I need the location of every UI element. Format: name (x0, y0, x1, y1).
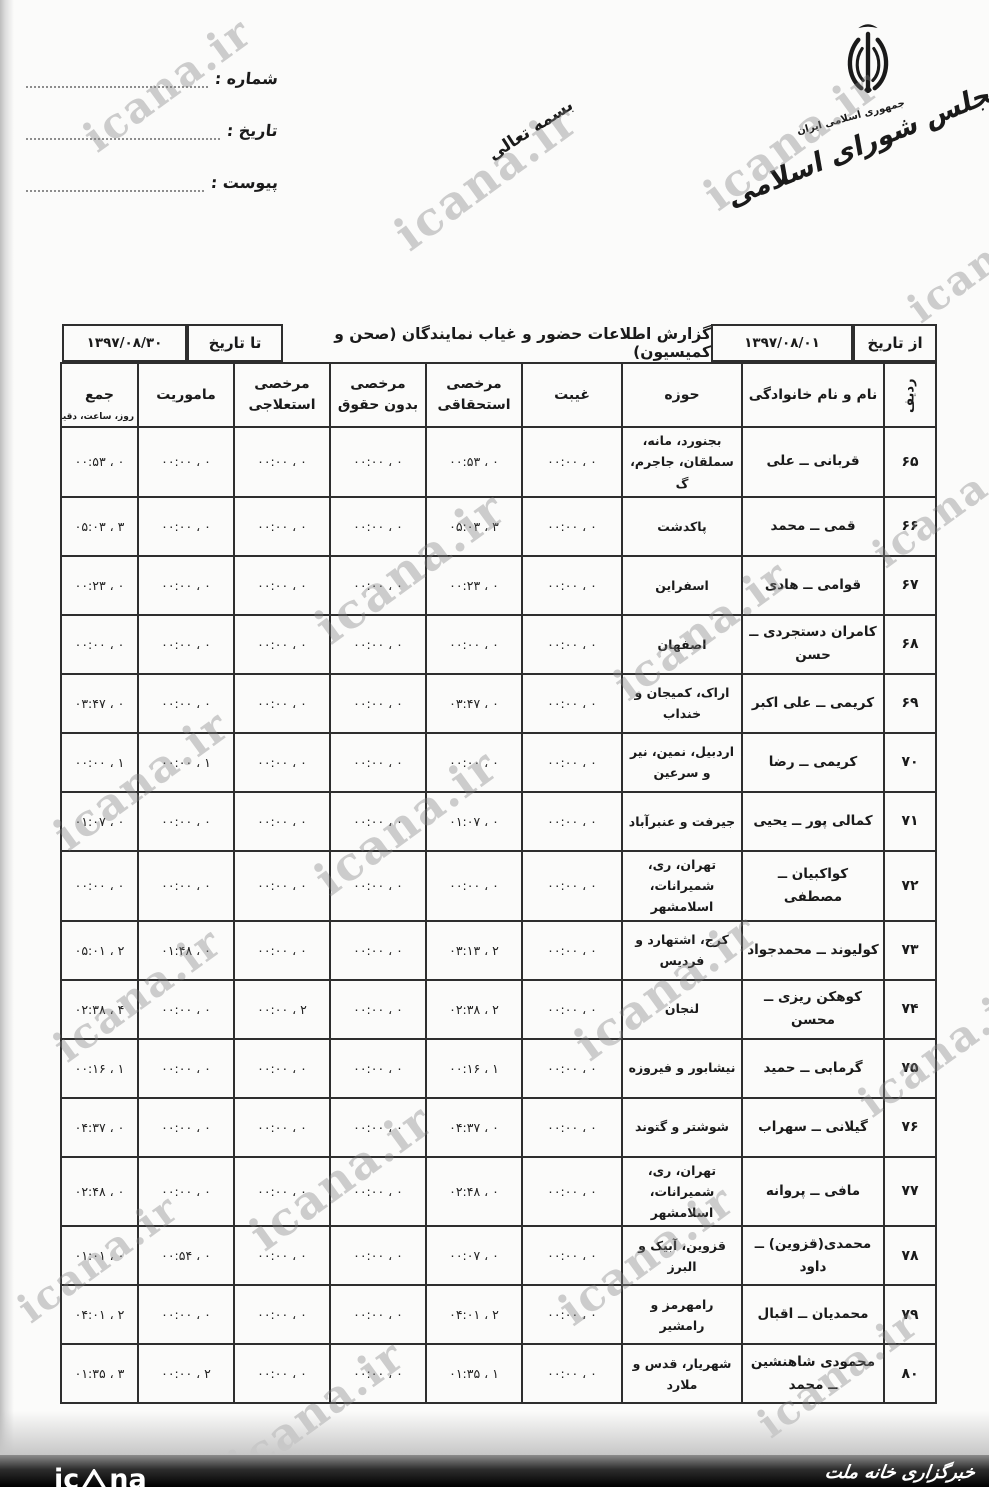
district-cell: بجنورد، مانه، سملقان، جاجرم، گ (622, 427, 742, 497)
unpaid-leave-value-cell: ۰ ، ۰۰:۰۰ (330, 556, 426, 615)
icana-logo: ic na (54, 1466, 147, 1487)
sick-leave-value-cell: ۰ ، ۰۰:۰۰ (234, 1157, 330, 1227)
mission-value-cell: ۲ ، ۰۰:۰۰ (138, 1344, 234, 1403)
row-number-cell: ۶۵ (884, 427, 936, 497)
letterhead-fields: شماره : تاریخ : پیوست : (26, 62, 278, 218)
member-name-cell: مافی ــ پروانه (742, 1157, 884, 1227)
district-cell: قزوین، آبیک و البرز (622, 1226, 742, 1285)
sick-leave-value-cell: ۰ ، ۰۰:۰۰ (234, 851, 330, 921)
table-row: ۷۲کواکبیان ــ مصطفیتهران، ری، شمیرانات، … (61, 851, 936, 921)
unpaid-leave-value-cell: ۰ ، ۰۰:۰۰ (330, 921, 426, 980)
row-number-cell: ۷۳ (884, 921, 936, 980)
footer-fade (0, 1411, 989, 1455)
row-number-cell: ۷۹ (884, 1285, 936, 1344)
unpaid-leave-value-cell: ۰ ، ۰۰:۰۰ (330, 674, 426, 733)
mission-value-cell: ۰ ، ۰۰:۰۰ (138, 1285, 234, 1344)
absence-value-cell: ۰ ، ۰۰:۰۰ (522, 921, 622, 980)
sick-leave-value-cell: ۰ ، ۰۰:۰۰ (234, 921, 330, 980)
member-name-cell: محمدی(قزوین) ــ داود (742, 1226, 884, 1285)
sick-leave-value-cell: ۰ ، ۰۰:۰۰ (234, 427, 330, 497)
unpaid-leave-value-cell: ۰ ، ۰۰:۰۰ (330, 1157, 426, 1227)
letterhead-emblem-area: جمهوری اسلامی ایران مجلس شورای اسلامی (720, 22, 955, 227)
number-field: شماره : (26, 62, 278, 88)
entitled-leave-value-cell: ۰ ، ۰۰:۰۰ (426, 851, 522, 921)
entitled-leave-value-cell: ۳ ، ۰۵:۰۳ (426, 497, 522, 556)
date-field-label: تاریخ : (226, 121, 279, 140)
mission-value-cell: ۰ ، ۰۱:۴۸ (138, 921, 234, 980)
sick-leave-value-cell: ۰ ، ۰۰:۰۰ (234, 556, 330, 615)
table-row: ۷۸محمدی(قزوین) ــ داودقزوین، آبیک و البر… (61, 1226, 936, 1285)
mission-value-cell: ۱ ، ۰۰:۰۰ (138, 733, 234, 792)
member-name-cell: کریمی ــ رضا (742, 733, 884, 792)
sick-leave-value-cell: ۰ ، ۰۰:۰۰ (234, 615, 330, 674)
from-date-label: از تاریخ (853, 324, 937, 362)
table-row: ۶۷قوامی ــ هادیاسفراین۰ ، ۰۰:۰۰۰ ، ۰۰:۲۳… (61, 556, 936, 615)
attachment-field-line (26, 175, 204, 192)
absence-value-cell: ۰ ، ۰۰:۰۰ (522, 1157, 622, 1227)
unpaid-leave-value-cell: ۰ ، ۰۰:۰۰ (330, 615, 426, 674)
header-total: جمع روز، ساعت، دقیقه (61, 363, 138, 427)
unpaid-leave-value-cell: ۰ ، ۰۰:۰۰ (330, 1226, 426, 1285)
row-number-cell: ۶۸ (884, 615, 936, 674)
header-mission: ماموریت (138, 363, 234, 427)
total-value-cell: ۳ ، ۰۱:۳۵ (61, 1344, 138, 1403)
total-value-cell: ۴ ، ۰۲:۳۸ (61, 980, 138, 1039)
sick-leave-value-cell: ۰ ، ۰۰:۰۰ (234, 1039, 330, 1098)
mission-value-cell: ۰ ، ۰۰:۰۰ (138, 556, 234, 615)
row-number-cell: ۷۶ (884, 1098, 936, 1157)
member-name-cell: کامران دستجردی ــ حسن (742, 615, 884, 674)
mission-value-cell: ۰ ، ۰۰:۰۰ (138, 1157, 234, 1227)
entitled-leave-value-cell: ۲ ، ۰۴:۰۱ (426, 1285, 522, 1344)
attachment-field: پیوست : (26, 166, 278, 192)
absence-value-cell: ۰ ، ۰۰:۰۰ (522, 1039, 622, 1098)
absence-value-cell: ۰ ، ۰۰:۰۰ (522, 427, 622, 497)
unpaid-leave-value-cell: ۰ ، ۰۰:۰۰ (330, 1098, 426, 1157)
attendance-table: ردیف نام و نام خانوادگی حوزه غیبت مرخصی … (60, 362, 937, 1404)
row-number-cell: ۷۸ (884, 1226, 936, 1285)
unpaid-leave-value-cell: ۰ ، ۰۰:۰۰ (330, 1039, 426, 1098)
district-cell: کرج، اشتهارد و فردیس (622, 921, 742, 980)
unpaid-leave-value-cell: ۰ ، ۰۰:۰۰ (330, 1285, 426, 1344)
entitled-leave-value-cell: ۰ ، ۰۲:۴۸ (426, 1157, 522, 1227)
header-district: حوزه (622, 363, 742, 427)
table-row: ۶۹کریمی ــ علی اکبراراک، کمیجان و خنداب۰… (61, 674, 936, 733)
icana-logo-prefix: ic (54, 1466, 79, 1487)
absence-value-cell: ۰ ، ۰۰:۰۰ (522, 980, 622, 1039)
unpaid-leave-value-cell: ۰ ، ۰۰:۰۰ (330, 427, 426, 497)
district-cell: جیرفت و عنبرآباد (622, 792, 742, 851)
agency-name: خبرگزاری خانه ملت (824, 1462, 977, 1483)
mission-value-cell: ۰ ، ۰۰:۰۰ (138, 1039, 234, 1098)
table-row: ۷۳کولیوند ــ محمدجوادکرج، اشتهارد و فردی… (61, 921, 936, 980)
unpaid-leave-value-cell: ۰ ، ۰۰:۰۰ (330, 1344, 426, 1403)
table-row: ۶۶قمی ــ محمدپاکدشت۰ ، ۰۰:۰۰۳ ، ۰۵:۰۳۰ ،… (61, 497, 936, 556)
row-number-cell: ۷۱ (884, 792, 936, 851)
mission-value-cell: ۰ ، ۰۰:۰۰ (138, 615, 234, 674)
district-cell: لنجان (622, 980, 742, 1039)
row-number-cell: ۶۹ (884, 674, 936, 733)
row-number-cell: ۶۷ (884, 556, 936, 615)
total-value-cell: ۰ ، ۰۱:۰۱ (61, 1226, 138, 1285)
entitled-leave-value-cell: ۱ ، ۰۱:۳۵ (426, 1344, 522, 1403)
total-value-cell: ۰ ، ۰۴:۳۷ (61, 1098, 138, 1157)
icana-logo-triangle-icon (81, 1469, 107, 1487)
sick-leave-value-cell: ۰ ، ۰۰:۰۰ (234, 1344, 330, 1403)
entitled-leave-value-cell: ۰ ، ۰۳:۴۷ (426, 674, 522, 733)
member-name-cell: کمالی پور ــ یحیی (742, 792, 884, 851)
entitled-leave-value-cell: ۱ ، ۰۰:۱۶ (426, 1039, 522, 1098)
number-field-line (26, 71, 208, 88)
total-value-cell: ۰ ، ۰۳:۴۷ (61, 674, 138, 733)
district-cell: تهران، ری، شمیرانات، اسلامشهر (622, 1157, 742, 1227)
total-value-cell: ۰ ، ۰۰:۲۳ (61, 556, 138, 615)
district-cell: نیشابور و فیروزه (622, 1039, 742, 1098)
member-name-cell: قمی ــ محمد (742, 497, 884, 556)
table-row: ۷۵گرمابی ــ حمیدنیشابور و فیروزه۰ ، ۰۰:۰… (61, 1039, 936, 1098)
header-absence: غیبت (522, 363, 622, 427)
table-row: ۶۸کامران دستجردی ــ حسناصفهان۰ ، ۰۰:۰۰۰ … (61, 615, 936, 674)
iran-emblem-icon (837, 22, 899, 106)
entitled-leave-value-cell: ۰ ، ۰۰:۰۰ (426, 615, 522, 674)
row-number-cell: ۷۲ (884, 851, 936, 921)
mission-value-cell: ۰ ، ۰۰:۰۰ (138, 1098, 234, 1157)
total-value-cell: ۰ ، ۰۲:۴۸ (61, 1157, 138, 1227)
table-row: ۷۹محمدیان ــ اقبالرامهرمز و رامشیر۰ ، ۰۰… (61, 1285, 936, 1344)
table-row: ۷۷مافی ــ پروانهتهران، ری، شمیرانات، اسل… (61, 1157, 936, 1227)
row-number-cell: ۷۴ (884, 980, 936, 1039)
absence-value-cell: ۰ ، ۰۰:۰۰ (522, 615, 622, 674)
header-unpaid-leave: مرخصی بدون حقوق (330, 363, 426, 427)
total-value-cell: ۲ ، ۰۴:۰۱ (61, 1285, 138, 1344)
absence-value-cell: ۰ ، ۰۰:۰۰ (522, 851, 622, 921)
sick-leave-value-cell: ۰ ، ۰۰:۰۰ (234, 1285, 330, 1344)
member-name-cell: کواکبیان ــ مصطفی (742, 851, 884, 921)
entitled-leave-value-cell: ۰ ، ۰۰:۲۳ (426, 556, 522, 615)
footer-bar: ic na خبرگزاری خانه ملت (0, 1455, 989, 1487)
sick-leave-value-cell: ۰ ، ۰۰:۰۰ (234, 733, 330, 792)
member-name-cell: قربانی ــ علی (742, 427, 884, 497)
unpaid-leave-value-cell: ۰ ، ۰۰:۰۰ (330, 733, 426, 792)
from-date-value: ۱۳۹۷/۰۸/۰۱ (711, 324, 853, 362)
district-cell: اسفراین (622, 556, 742, 615)
absence-value-cell: ۰ ، ۰۰:۰۰ (522, 1285, 622, 1344)
table-header-row: ردیف نام و نام خانوادگی حوزه غیبت مرخصی … (61, 363, 936, 427)
entitled-leave-value-cell: ۰ ، ۰۰:۰۷ (426, 1226, 522, 1285)
scan-shadow-left (0, 0, 14, 1487)
table-body: ۶۵قربانی ــ علیبجنورد، مانه، سملقان، جاج… (61, 427, 936, 1403)
member-name-cell: کریمی ــ علی اکبر (742, 674, 884, 733)
table-row: ۸۰محمودی شاهنشین ــ محمدشهریار، قدس و مل… (61, 1344, 936, 1403)
row-number-cell: ۶۶ (884, 497, 936, 556)
header-full-name: نام و نام خانوادگی (742, 363, 884, 427)
header-total-unit: روز، ساعت، دقیقه (61, 411, 134, 425)
entitled-leave-value-cell: ۰ ، ۰۰:۰۰ (426, 733, 522, 792)
member-name-cell: گرمابی ــ حمید (742, 1039, 884, 1098)
mission-value-cell: ۰ ، ۰۰:۵۴ (138, 1226, 234, 1285)
absence-value-cell: ۰ ، ۰۰:۰۰ (522, 1226, 622, 1285)
row-number-cell: ۷۰ (884, 733, 936, 792)
table-row: ۷۰کریمی ــ رضااردبیل، نمین، نیر و سرعین۰… (61, 733, 936, 792)
district-cell: شهریار، قدس و ملارد (622, 1344, 742, 1403)
mission-value-cell: ۰ ، ۰۰:۰۰ (138, 980, 234, 1039)
entitled-leave-value-cell: ۰ ، ۰۴:۳۷ (426, 1098, 522, 1157)
member-name-cell: کولیوند ــ محمدجواد (742, 921, 884, 980)
table-row: ۶۵قربانی ــ علیبجنورد، مانه، سملقان، جاج… (61, 427, 936, 497)
total-value-cell: ۲ ، ۰۵:۰۱ (61, 921, 138, 980)
district-cell: رامهرمز و رامشیر (622, 1285, 742, 1344)
mission-value-cell: ۰ ، ۰۰:۰۰ (138, 427, 234, 497)
absence-value-cell: ۰ ، ۰۰:۰۰ (522, 1344, 622, 1403)
date-field-line (26, 123, 220, 140)
report-title-row: از تاریخ ۱۳۹۷/۰۸/۰۱ گزارش اطلاعات حضور و… (62, 324, 937, 362)
unpaid-leave-value-cell: ۰ ، ۰۰:۰۰ (330, 497, 426, 556)
district-cell: شوشتر و گتوند (622, 1098, 742, 1157)
absence-value-cell: ۰ ، ۰۰:۰۰ (522, 497, 622, 556)
district-cell: اصفهان (622, 615, 742, 674)
total-value-cell: ۱ ، ۰۰:۱۶ (61, 1039, 138, 1098)
header-row-number: ردیف (884, 363, 936, 427)
table-row: ۷۱کمالی پور ــ یحییجیرفت و عنبرآباد۰ ، ۰… (61, 792, 936, 851)
header-entitled-leave: مرخصی استحقاقی (426, 363, 522, 427)
sick-leave-value-cell: ۰ ، ۰۰:۰۰ (234, 1226, 330, 1285)
absence-value-cell: ۰ ، ۰۰:۰۰ (522, 1098, 622, 1157)
date-field: تاریخ : (26, 114, 278, 140)
sick-leave-value-cell: ۰ ، ۰۰:۰۰ (234, 674, 330, 733)
sick-leave-value-cell: ۰ ، ۰۰:۰۰ (234, 1098, 330, 1157)
table-row: ۷۶گیلانی ــ سهرابشوشتر و گتوند۰ ، ۰۰:۰۰۰… (61, 1098, 936, 1157)
district-cell: اردبیل، نمین، نیر و سرعین (622, 733, 742, 792)
member-name-cell: قوامی ــ هادی (742, 556, 884, 615)
to-date-label: تا تاریخ (187, 324, 283, 362)
row-number-cell: ۸۰ (884, 1344, 936, 1403)
entitled-leave-value-cell: ۲ ، ۰۳:۱۳ (426, 921, 522, 980)
member-name-cell: محمودی شاهنشین ــ محمد (742, 1344, 884, 1403)
scanned-document-page: شماره : تاریخ : پیوست : جمهوری اسلامی ای… (0, 0, 989, 1487)
district-cell: پاکدشت (622, 497, 742, 556)
mission-value-cell: ۰ ، ۰۰:۰۰ (138, 674, 234, 733)
absence-value-cell: ۰ ، ۰۰:۰۰ (522, 556, 622, 615)
total-value-cell: ۳ ، ۰۵:۰۳ (61, 497, 138, 556)
row-number-cell: ۷۵ (884, 1039, 936, 1098)
row-number-cell: ۷۷ (884, 1157, 936, 1227)
total-value-cell: ۱ ، ۰۰:۰۰ (61, 733, 138, 792)
district-cell: تهران، ری، شمیرانات، اسلامشهر (622, 851, 742, 921)
absence-value-cell: ۰ ، ۰۰:۰۰ (522, 733, 622, 792)
total-value-cell: ۰ ، ۰۰:۰۰ (61, 851, 138, 921)
number-field-label: شماره : (214, 69, 279, 88)
unpaid-leave-value-cell: ۰ ، ۰۰:۰۰ (330, 980, 426, 1039)
member-name-cell: کوهکن ریزی ــ محسن (742, 980, 884, 1039)
mission-value-cell: ۰ ، ۰۰:۰۰ (138, 497, 234, 556)
absence-value-cell: ۰ ، ۰۰:۰۰ (522, 792, 622, 851)
total-value-cell: ۰ ، ۰۰:۰۰ (61, 615, 138, 674)
sick-leave-value-cell: ۰ ، ۰۰:۰۰ (234, 792, 330, 851)
icana-logo-suffix: na (109, 1466, 146, 1487)
sick-leave-value-cell: ۰ ، ۰۰:۰۰ (234, 497, 330, 556)
member-name-cell: محمدیان ــ اقبال (742, 1285, 884, 1344)
attachment-field-label: پیوست : (210, 173, 279, 192)
total-value-cell: ۰ ، ۰۱:۰۷ (61, 792, 138, 851)
basmala-calligraphy: بسمه تعالی (484, 95, 576, 165)
entitled-leave-value-cell: ۰ ، ۰۱:۰۷ (426, 792, 522, 851)
table-row: ۷۴کوهکن ریزی ــ محسنلنجان۰ ، ۰۰:۰۰۲ ، ۰۲… (61, 980, 936, 1039)
unpaid-leave-value-cell: ۰ ، ۰۰:۰۰ (330, 851, 426, 921)
absence-value-cell: ۰ ، ۰۰:۰۰ (522, 674, 622, 733)
header-sick-leave: مرخصی استعلاجی (234, 363, 330, 427)
mission-value-cell: ۰ ، ۰۰:۰۰ (138, 851, 234, 921)
sick-leave-value-cell: ۲ ، ۰۰:۰۰ (234, 980, 330, 1039)
report-title: گزارش اطلاعات حضور و غیاب نمایندگان (صحن… (283, 324, 711, 362)
to-date-value: ۱۳۹۷/۰۸/۳۰ (62, 324, 187, 362)
unpaid-leave-value-cell: ۰ ، ۰۰:۰۰ (330, 792, 426, 851)
mission-value-cell: ۰ ، ۰۰:۰۰ (138, 792, 234, 851)
district-cell: اراک، کمیجان و خنداب (622, 674, 742, 733)
member-name-cell: گیلانی ــ سهراب (742, 1098, 884, 1157)
entitled-leave-value-cell: ۰ ، ۰۰:۵۳ (426, 427, 522, 497)
entitled-leave-value-cell: ۲ ، ۰۲:۳۸ (426, 980, 522, 1039)
assembly-calligraphy-title: مجلس شورای اسلامی (727, 93, 955, 214)
attendance-report: از تاریخ ۱۳۹۷/۰۸/۰۱ گزارش اطلاعات حضور و… (62, 324, 937, 1404)
total-value-cell: ۰ ، ۰۰:۵۳ (61, 427, 138, 497)
